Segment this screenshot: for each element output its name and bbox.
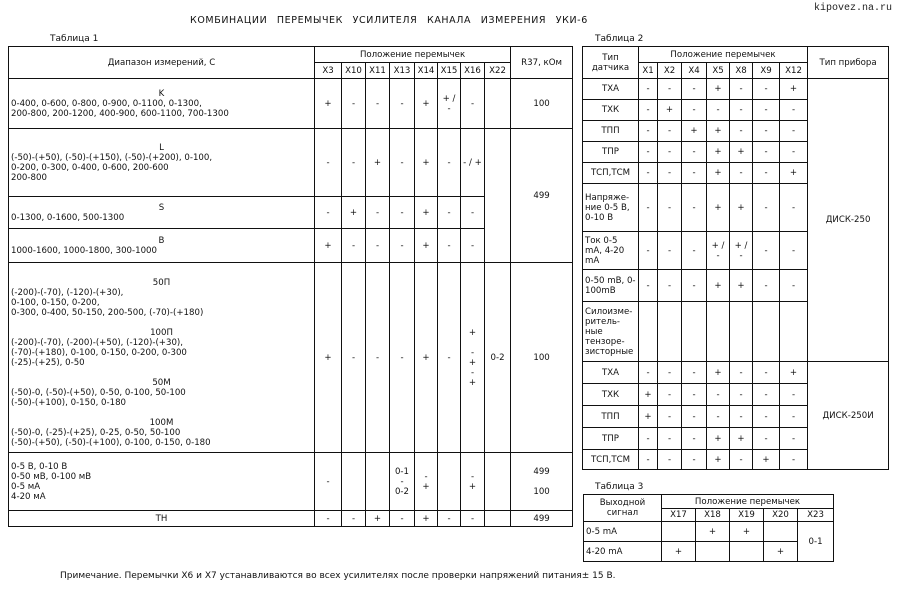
cell — [696, 542, 730, 562]
cell: - — [730, 100, 753, 121]
cell: - — [639, 232, 658, 270]
cell: - — [315, 511, 342, 527]
cell: - — [315, 197, 342, 229]
cell: - — [366, 229, 390, 263]
cell: - — [342, 129, 366, 197]
sensor-cell: 0-50 mB, 0-100mB — [583, 270, 639, 302]
jumpers-header: Положение перемычек — [639, 47, 808, 63]
col-x4: X4 — [682, 63, 707, 79]
cell: +-+-+ — [461, 263, 485, 453]
cell: - — [730, 384, 753, 406]
cell: + — [730, 184, 753, 232]
cell: - — [438, 129, 461, 197]
cell: + — [707, 184, 730, 232]
cell: - — [390, 129, 415, 197]
cell: - — [682, 163, 707, 184]
table-row: 0-5 В, 0-10 В0-50 мВ, 0-100 мВ0-5 мА4-20… — [9, 453, 573, 511]
cell: - — [753, 362, 780, 384]
cell: - — [390, 229, 415, 263]
cell: -+ — [415, 453, 438, 511]
cell: - — [366, 197, 390, 229]
cell: - — [707, 384, 730, 406]
col-x5: X5 — [707, 63, 730, 79]
cell: - — [658, 163, 682, 184]
cell: + — [764, 542, 798, 562]
col-x14: X14 — [415, 63, 438, 79]
cell: - — [658, 79, 682, 100]
cell: - — [682, 270, 707, 302]
col-x3: X3 — [315, 63, 342, 79]
cell: + — [682, 121, 707, 142]
r37-value: 100 — [511, 79, 573, 129]
cell: - — [682, 406, 707, 428]
sensor-cell: ТПП — [583, 121, 639, 142]
cell: - — [658, 232, 682, 270]
cell: + — [342, 197, 366, 229]
r37-value: 100 — [511, 263, 573, 453]
cell — [639, 302, 658, 362]
table-row: 0-5 mA + + 0-1 — [584, 522, 834, 542]
cell: - — [682, 362, 707, 384]
cell: + — [707, 163, 730, 184]
cell: + — [707, 79, 730, 100]
col-x13: X13 — [390, 63, 415, 79]
cell: - — [682, 100, 707, 121]
cell: + — [707, 121, 730, 142]
cell — [485, 79, 511, 129]
cell — [780, 302, 808, 362]
table3: Выходной сигнал Положение перемычек X17 … — [583, 494, 834, 562]
device-header: Тип прибора — [808, 47, 889, 79]
cell: - — [342, 263, 366, 453]
cell: + — [415, 129, 438, 197]
cell: - — [753, 384, 780, 406]
table3-caption: Таблица 3 — [595, 482, 643, 492]
cell: - / + — [461, 129, 485, 197]
sensor-cell: ТСП,ТСМ — [583, 163, 639, 184]
cell: - — [461, 79, 485, 129]
cell: + — [315, 263, 342, 453]
cell: - — [780, 406, 808, 428]
cell: - — [342, 511, 366, 527]
cell: - — [730, 362, 753, 384]
cell: - — [461, 197, 485, 229]
cell: - — [461, 511, 485, 527]
cell — [707, 302, 730, 362]
sensor-cell: ТСП,ТСМ — [583, 450, 639, 470]
cell: + — [730, 142, 753, 163]
cell — [753, 302, 780, 362]
col-x8: X8 — [730, 63, 753, 79]
range-cell: 50П(-200)-(-70), (-120)-(+30), 0-100, 0-… — [9, 263, 315, 453]
sensor-cell: ТПР — [583, 142, 639, 163]
cell: - — [780, 232, 808, 270]
col-x10: X10 — [342, 63, 366, 79]
cell — [438, 453, 461, 511]
table-row: 50П(-200)-(-70), (-120)-(+30), 0-100, 0-… — [9, 263, 573, 453]
r37-header: R37, кОм — [511, 47, 573, 79]
cell: - — [658, 270, 682, 302]
cell — [764, 522, 798, 542]
cell — [658, 302, 682, 362]
cell: + — [730, 428, 753, 450]
cell: - — [390, 263, 415, 453]
table2-caption: Таблица 2 — [595, 34, 643, 44]
cell: - — [780, 121, 808, 142]
cell: - — [658, 384, 682, 406]
col-x11: X11 — [366, 63, 390, 79]
jumpers-header: Положение перемычек — [662, 495, 834, 509]
cell — [682, 302, 707, 362]
cell: - — [366, 263, 390, 453]
cell — [342, 453, 366, 511]
r37-value: 499100 — [511, 453, 573, 511]
cell: + / - — [730, 232, 753, 270]
cell: + — [707, 428, 730, 450]
col-x18: X18 — [696, 509, 730, 522]
sensor-cell: Силоизме-ритель-ные тензоре-зисторные — [583, 302, 639, 362]
cell: - — [730, 163, 753, 184]
cell — [662, 522, 696, 542]
table1-caption: Таблица 1 — [50, 34, 98, 44]
cell: - — [780, 142, 808, 163]
table-row: L(-50)-(+50), (-50)-(+150), (-50)-(+200)… — [9, 129, 573, 197]
cell: + — [780, 362, 808, 384]
sensor-cell: ТПР — [583, 428, 639, 450]
cell: - — [682, 142, 707, 163]
col-x12: X12 — [780, 63, 808, 79]
cell: - — [438, 511, 461, 527]
cell — [730, 542, 764, 562]
cell: - — [461, 229, 485, 263]
cell: - — [730, 450, 753, 470]
col-x9: X9 — [753, 63, 780, 79]
col-x23: X23 — [798, 509, 834, 522]
cell: - — [315, 129, 342, 197]
cell: - — [753, 406, 780, 428]
cell: - — [753, 100, 780, 121]
cell: + — [415, 511, 438, 527]
r37-value: 499 — [511, 511, 573, 527]
cell: - — [658, 184, 682, 232]
document-title: КОМБИНАЦИИ ПЕРЕМЫЧЕК УСИЛИТЕЛЯ КАНАЛА ИЗ… — [190, 15, 588, 26]
cell: - — [658, 450, 682, 470]
cell: - — [658, 121, 682, 142]
cell: + — [780, 163, 808, 184]
cell: - — [639, 362, 658, 384]
sensor-cell: ТХК — [583, 384, 639, 406]
cell: - — [390, 197, 415, 229]
cell: - — [780, 384, 808, 406]
r37-value: 499 — [511, 129, 573, 263]
jumpers-header: Положение перемычек — [315, 47, 511, 63]
cell: + — [707, 270, 730, 302]
cell: - — [707, 406, 730, 428]
cell: - — [639, 428, 658, 450]
site-watermark: kipovez.na.ru — [814, 3, 892, 14]
cell: - — [753, 184, 780, 232]
table-row: ТХА---+--+ДИСК-250 — [583, 79, 889, 100]
col-x17: X17 — [662, 509, 696, 522]
cell: - — [682, 384, 707, 406]
cell: - — [780, 100, 808, 121]
cell: - — [438, 263, 461, 453]
cell: - — [639, 450, 658, 470]
table-row: ТН - - + - + - - 499 — [9, 511, 573, 527]
cell: - — [753, 232, 780, 270]
cell: - — [639, 79, 658, 100]
range-cell: L(-50)-(+50), (-50)-(+150), (-50)-(+200)… — [9, 129, 315, 197]
cell: - — [639, 270, 658, 302]
cell: + — [315, 229, 342, 263]
cell: - — [753, 79, 780, 100]
cell: - — [682, 79, 707, 100]
cell: - — [682, 232, 707, 270]
cell — [366, 453, 390, 511]
cell: - — [390, 511, 415, 527]
cell: - — [315, 453, 342, 511]
col-x15: X15 — [438, 63, 461, 79]
cell: - — [639, 100, 658, 121]
cell: - — [753, 428, 780, 450]
cell: + — [639, 384, 658, 406]
cell: -+ — [461, 453, 485, 511]
cell: - — [438, 197, 461, 229]
cell: 0-1 — [798, 522, 834, 562]
range-cell: K0-400, 0-600, 0-800, 0-900, 0-1100, 0-1… — [9, 79, 315, 129]
device-cell: ДИСК-250 — [808, 79, 889, 362]
cell: + / - — [707, 232, 730, 270]
cell: + / - — [438, 79, 461, 129]
sensor-cell: ТПП — [583, 406, 639, 428]
range-cell: B1000-1600, 1000-1800, 300-1000 — [9, 229, 315, 263]
col-x20: X20 — [764, 509, 798, 522]
cell: + — [366, 129, 390, 197]
table1: Диапазон измерений, С Положение перемыче… — [8, 46, 573, 527]
cell: - — [658, 428, 682, 450]
cell: - — [366, 79, 390, 129]
sensor-cell: Ток 0-5 mA, 4-20 mA — [583, 232, 639, 270]
sensor-cell: ТХА — [583, 79, 639, 100]
col-x22: X22 — [485, 63, 511, 79]
cell: - — [730, 121, 753, 142]
cell: - — [658, 142, 682, 163]
cell: - — [753, 142, 780, 163]
cell: - — [753, 121, 780, 142]
table2: Тип датчика Положение перемычек Тип приб… — [582, 46, 889, 470]
cell: - — [390, 79, 415, 129]
signal-header: Выходной сигнал — [584, 495, 662, 522]
table-row: ТХА---+--+ДИСК-250И — [583, 362, 889, 384]
cell: - — [342, 79, 366, 129]
col-x16: X16 — [461, 63, 485, 79]
cell: - — [780, 450, 808, 470]
cell: - — [342, 229, 366, 263]
cell — [485, 453, 511, 511]
cell: 0-1-0-2 — [390, 453, 415, 511]
col-x1: X1 — [639, 63, 658, 79]
cell: + — [696, 522, 730, 542]
cell: - — [438, 229, 461, 263]
cell: + — [315, 79, 342, 129]
cell — [730, 302, 753, 362]
signal-cell: 4-20 mA — [584, 542, 662, 562]
cell: - — [682, 184, 707, 232]
cell: - — [639, 184, 658, 232]
cell: + — [730, 522, 764, 542]
cell: + — [707, 362, 730, 384]
cell: - — [730, 79, 753, 100]
sensor-cell: ТХА — [583, 362, 639, 384]
cell: - — [780, 270, 808, 302]
cell: + — [662, 542, 696, 562]
signal-cell: 0-5 mA — [584, 522, 662, 542]
cell: + — [707, 450, 730, 470]
cell: - — [753, 163, 780, 184]
cell: 0-2 — [485, 263, 511, 453]
cell — [485, 511, 511, 527]
cell: + — [639, 406, 658, 428]
cell: - — [682, 428, 707, 450]
table-row: 4-20 mA + + — [584, 542, 834, 562]
cell: + — [780, 79, 808, 100]
cell: - — [658, 406, 682, 428]
cell: + — [415, 263, 438, 453]
cell: - — [639, 142, 658, 163]
cell: + — [366, 511, 390, 527]
cell: - — [682, 450, 707, 470]
cell: + — [415, 229, 438, 263]
cell: - — [658, 362, 682, 384]
range-cell: S0-1300, 0-1600, 500-1300 — [9, 197, 315, 229]
footnote: Примечание. Перемычки X6 и X7 устанавлив… — [60, 571, 616, 581]
cell: - — [639, 163, 658, 184]
range-cell: ТН — [9, 511, 315, 527]
col-x2: X2 — [658, 63, 682, 79]
cell: + — [658, 100, 682, 121]
cell: - — [707, 100, 730, 121]
device-cell: ДИСК-250И — [808, 362, 889, 470]
sensor-header: Тип датчика — [583, 47, 639, 79]
sensor-cell: Напряже-ние 0-5 В, 0-10 В — [583, 184, 639, 232]
col-x19: X19 — [730, 509, 764, 522]
cell: - — [753, 270, 780, 302]
cell: - — [780, 184, 808, 232]
range-header: Диапазон измерений, С — [9, 47, 315, 79]
cell: + — [415, 79, 438, 129]
sensor-cell: ТХК — [583, 100, 639, 121]
cell — [485, 129, 511, 263]
range-cell: 0-5 В, 0-10 В0-50 мВ, 0-100 мВ0-5 мА4-20… — [9, 453, 315, 511]
cell: + — [753, 450, 780, 470]
cell: - — [730, 406, 753, 428]
cell: + — [707, 142, 730, 163]
cell: + — [730, 270, 753, 302]
cell: + — [415, 197, 438, 229]
cell: - — [780, 428, 808, 450]
table-row: K0-400, 0-600, 0-800, 0-900, 0-1100, 0-1… — [9, 79, 573, 129]
cell: - — [639, 121, 658, 142]
